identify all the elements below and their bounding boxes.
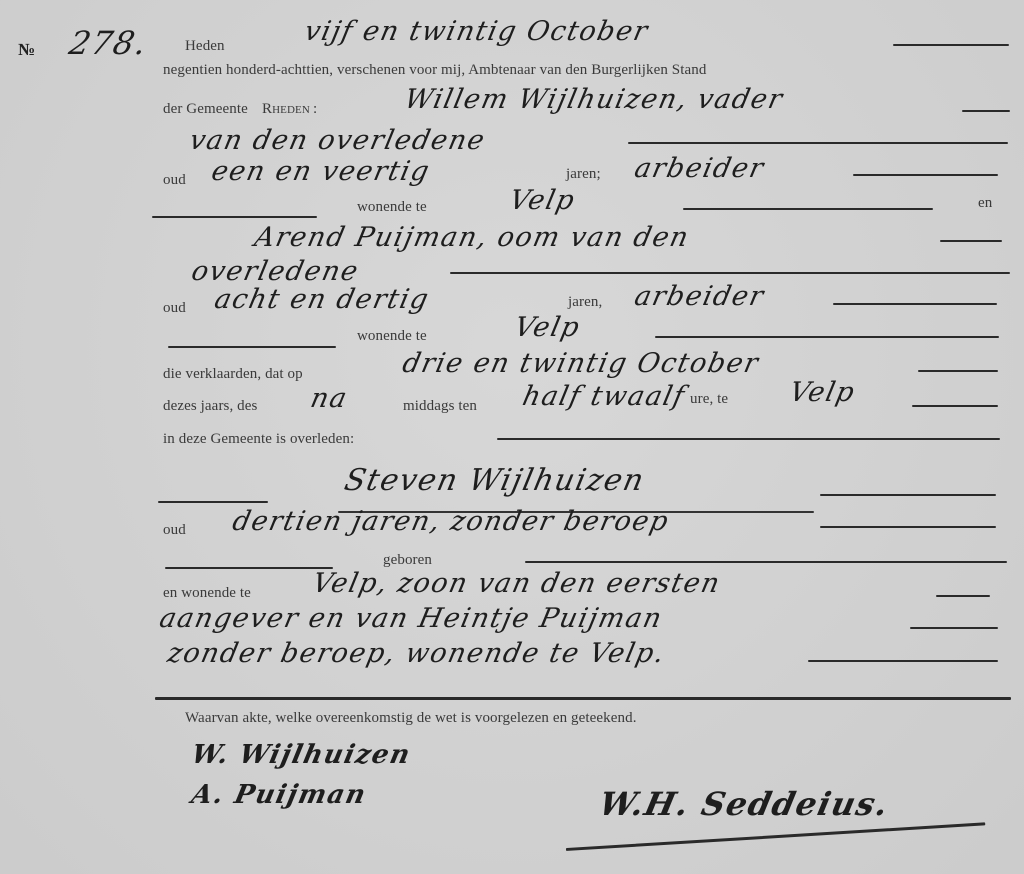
handwritten-mother-line: zonder beroep, wonende te Velp. <box>165 638 668 669</box>
handwritten-declarant-1-age: een en veertig <box>209 156 433 187</box>
ruled-line <box>918 370 998 372</box>
handwritten-declarant-2-age: acht en dertig <box>212 284 433 315</box>
signature-declarant-2: A. Puijman <box>189 780 370 810</box>
ruled-line <box>628 142 1008 144</box>
handwritten-hour: half twaalf <box>520 381 689 412</box>
signature-underline <box>566 822 985 851</box>
handwritten-parents-line: aangever en van Heintje Puijman <box>157 603 666 634</box>
printed-heden: Heden <box>185 38 225 55</box>
printed-line-2: negentien honderd-achttien, verschenen v… <box>163 62 706 79</box>
handwritten-declarant-2-relation: overledene <box>189 256 362 287</box>
printed-gemeente-name: Rheden <box>262 101 310 118</box>
printed-oud: oud <box>163 522 186 539</box>
handwritten-time-of-day: na <box>308 383 351 414</box>
handwritten-declarant-1-relation: van den overledene <box>187 125 489 156</box>
ruled-line <box>497 438 1000 440</box>
ruled-line <box>910 627 998 629</box>
ruled-line <box>962 110 1010 112</box>
handwritten-deceased-age-occupation: dertien jaren, zonder beroep <box>230 506 672 537</box>
printed-en: en <box>978 195 992 212</box>
printed-wonende-te: wonende te <box>357 199 427 216</box>
ruled-line <box>893 44 1009 46</box>
signature-declarant-1: W. Wijlhuizen <box>189 740 414 770</box>
handwritten-residence-line: Velp, zoon van den eersten <box>310 568 724 599</box>
printed-closing: Waarvan akte, welke overeenkomstig de we… <box>185 710 637 727</box>
signature-official: W.H. Seddeius. <box>596 785 893 823</box>
ruled-line <box>158 501 268 503</box>
handwritten-declarant-2-name: Arend Puijman, oom van den <box>252 222 693 253</box>
ruled-line <box>853 174 998 176</box>
printed-jaren: jaren, <box>568 294 602 311</box>
printed-gemeente-suffix: : <box>313 101 317 118</box>
handwritten-declarant-2-residence: Velp <box>512 312 584 343</box>
ruled-line <box>450 272 1010 274</box>
printed-dezes-jaars: dezes jaars, des <box>163 398 257 415</box>
ruled-line <box>165 567 333 569</box>
ruled-line <box>152 216 317 218</box>
printed-wonende-te: wonende te <box>357 328 427 345</box>
ruled-line <box>912 405 998 407</box>
ruled-line <box>168 346 336 348</box>
printed-middags-ten: middags ten <box>403 398 477 415</box>
closing-rule <box>155 697 1011 700</box>
printed-gemeente-prefix: der Gemeente <box>163 101 248 118</box>
handwritten-declarant-1-name: Willem Wijlhuizen, vader <box>402 84 787 115</box>
handwritten-record-date: vijf en twintig October <box>302 16 652 47</box>
printed-en-wonende-te: en wonende te <box>163 585 251 602</box>
document-page: № 278. Heden vijf en twintig October neg… <box>0 0 1024 874</box>
printed-in-deze-gemeente: in deze Gemeente is overleden: <box>163 431 354 448</box>
printed-oud: oud <box>163 172 186 189</box>
handwritten-declarant-1-occupation: arbeider <box>632 153 768 184</box>
number-sign: № <box>18 40 35 60</box>
ruled-line <box>808 660 998 662</box>
ruled-line <box>936 595 990 597</box>
ruled-line <box>940 240 1002 242</box>
record-number: 278. <box>66 24 151 62</box>
ruled-line <box>683 208 933 210</box>
handwritten-declarant-1-residence: Velp <box>507 185 579 216</box>
handwritten-place-of-death: Velp <box>787 377 859 408</box>
printed-oud: oud <box>163 300 186 317</box>
ruled-line <box>820 494 996 496</box>
handwritten-deceased-name: Steven Wijlhuizen <box>341 463 648 498</box>
printed-jaren: jaren; <box>566 166 601 183</box>
ruled-line <box>525 561 1007 563</box>
ruled-line <box>833 303 997 305</box>
printed-geboren: geboren <box>383 552 432 569</box>
printed-die-verklaarden: die verklaarden, dat op <box>163 366 303 383</box>
handwritten-date-of-death: drie en twintig October <box>400 348 762 379</box>
ruled-line <box>820 526 996 528</box>
handwritten-declarant-2-occupation: arbeider <box>632 281 768 312</box>
ruled-line <box>655 336 999 338</box>
printed-ure-te: ure, te <box>690 391 728 408</box>
